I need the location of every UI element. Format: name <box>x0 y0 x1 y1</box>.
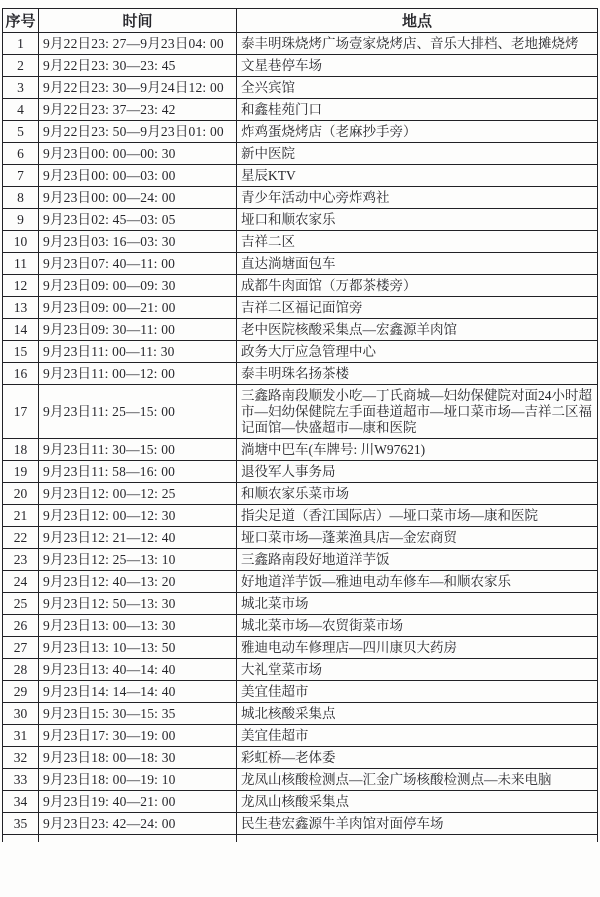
time-cell: 9月23日11: 00—11: 30 <box>39 341 237 363</box>
time-cell: 9月23日00: 00—24: 00 <box>39 187 237 209</box>
place-cell: 好地道洋芋饭—雅迪电动车修车—和顺农家乐 <box>237 571 598 593</box>
place-cell: 吉祥二区福记面馆旁 <box>237 297 598 319</box>
place-cell: 美宜佳超市 <box>237 681 598 703</box>
row-number-cell: 21 <box>3 505 39 527</box>
time-cell: 9月23日12: 25—13: 10 <box>39 549 237 571</box>
place-cell: 指尖足道（香江国际店）—垭口菜市场—康和医院 <box>237 505 598 527</box>
table-header: 序号 时间 地点 <box>3 9 598 33</box>
table-row: 49月22日23: 37—23: 42和鑫桂苑门口 <box>3 99 598 121</box>
time-cell: 9月23日00: 00—00: 30 <box>39 143 237 165</box>
row-number-cell: 18 <box>3 439 39 461</box>
table-row: 259月23日12: 50—13: 30城北菜市场 <box>3 593 598 615</box>
place-cell: 民生巷宏鑫源牛羊肉馆对面停车场 <box>237 813 598 835</box>
time-cell: 9月23日23: 42—24: 00 <box>39 813 237 835</box>
place-cell: 三鑫路南段好地道洋芋饭 <box>237 549 598 571</box>
table-row: 29月22日23: 30—23: 45文星巷停车场 <box>3 55 598 77</box>
table-body: 19月22日23: 27—9月23日04: 00泰丰明珠烧烤广场壹家烧烤店、音乐… <box>3 33 598 843</box>
place-cell: 老中医院核酸采集点—宏鑫源羊肉馆 <box>237 319 598 341</box>
time-cell: 9月23日13: 40—14: 40 <box>39 659 237 681</box>
cutoff-cell <box>237 835 598 843</box>
place-cell: 退役军人事务局 <box>237 461 598 483</box>
row-number-cell: 9 <box>3 209 39 231</box>
time-cell: 9月23日00: 00—03: 00 <box>39 165 237 187</box>
row-number-cell: 34 <box>3 791 39 813</box>
time-cell: 9月23日17: 30—19: 00 <box>39 725 237 747</box>
place-cell: 青少年活动中心旁炸鸡社 <box>237 187 598 209</box>
time-cell: 9月22日23: 37—23: 42 <box>39 99 237 121</box>
place-cell: 垭口菜市场—蓬莱渔具店—金宏商贸 <box>237 527 598 549</box>
place-cell: 彩虹桥—老体委 <box>237 747 598 769</box>
place-cell: 城北核酸采集点 <box>237 703 598 725</box>
time-cell: 9月23日11: 30—15: 00 <box>39 439 237 461</box>
place-cell: 新中医院 <box>237 143 598 165</box>
place-cell: 雅迪电动车修理店—四川康贝大药房 <box>237 637 598 659</box>
table-row: 339月23日18: 00—19: 10龙凤山核酸检测点—汇金广场核酸检测点—未… <box>3 769 598 791</box>
table-row: 179月23日11: 25—15: 00三鑫路南段顺发小吃—丁氏商城—妇幼保健院… <box>3 385 598 439</box>
row-number-cell: 20 <box>3 483 39 505</box>
table-row: 199月23日11: 58—16: 00退役军人事务局 <box>3 461 598 483</box>
row-number-cell: 17 <box>3 385 39 439</box>
table-row: 329月23日18: 00—18: 30彩虹桥—老体委 <box>3 747 598 769</box>
place-cell: 直达淌塘面包车 <box>237 253 598 275</box>
column-header-number: 序号 <box>3 9 39 33</box>
table-row: 119月23日07: 40—11: 00直达淌塘面包车 <box>3 253 598 275</box>
time-cell: 9月23日12: 21—12: 40 <box>39 527 237 549</box>
place-cell: 美宜佳超市 <box>237 725 598 747</box>
place-cell: 龙凤山核酸检测点—汇金广场核酸检测点—未来电脑 <box>237 769 598 791</box>
row-number-cell: 26 <box>3 615 39 637</box>
place-cell: 全兴宾馆 <box>237 77 598 99</box>
place-cell: 和鑫桂苑门口 <box>237 99 598 121</box>
time-cell: 9月23日11: 00—12: 00 <box>39 363 237 385</box>
table-row: 249月23日12: 40—13: 20好地道洋芋饭—雅迪电动车修车—和顺农家乐 <box>3 571 598 593</box>
time-cell: 9月22日23: 30—9月24日12: 00 <box>39 77 237 99</box>
time-cell: 9月23日03: 16—03: 30 <box>39 231 237 253</box>
place-cell: 淌塘中巴车(车牌号: 川W97621) <box>237 439 598 461</box>
table-row: 69月23日00: 00—00: 30新中医院 <box>3 143 598 165</box>
table-row: 159月23日11: 00—11: 30政务大厅应急管理中心 <box>3 341 598 363</box>
place-cell: 炸鸡蛋烧烤店（老麻抄手旁） <box>237 121 598 143</box>
time-cell: 9月23日11: 25—15: 00 <box>39 385 237 439</box>
place-cell: 城北菜市场—农贸街菜市场 <box>237 615 598 637</box>
row-number-cell: 27 <box>3 637 39 659</box>
table-row: 39月22日23: 30—9月24日12: 00全兴宾馆 <box>3 77 598 99</box>
table-row: 99月23日02: 45—03: 05垭口和顺农家乐 <box>3 209 598 231</box>
time-cell: 9月23日12: 00—12: 30 <box>39 505 237 527</box>
time-cell: 9月23日19: 40—21: 00 <box>39 791 237 813</box>
table-row: 359月23日23: 42—24: 00民生巷宏鑫源牛羊肉馆对面停车场 <box>3 813 598 835</box>
table-row: 109月23日03: 16—03: 30吉祥二区 <box>3 231 598 253</box>
row-number-cell: 7 <box>3 165 39 187</box>
table-row: 209月23日12: 00—12: 25和顺农家乐菜市场 <box>3 483 598 505</box>
time-cell: 9月23日02: 45—03: 05 <box>39 209 237 231</box>
time-cell: 9月23日12: 50—13: 30 <box>39 593 237 615</box>
table-row: 279月23日13: 10—13: 50雅迪电动车修理店—四川康贝大药房 <box>3 637 598 659</box>
cutoff-cell <box>3 835 39 843</box>
row-number-cell: 33 <box>3 769 39 791</box>
itinerary-table: 序号 时间 地点 19月22日23: 27—9月23日04: 00泰丰明珠烧烤广… <box>2 8 598 842</box>
cutoff-row-stub <box>3 835 598 843</box>
row-number-cell: 24 <box>3 571 39 593</box>
row-number-cell: 14 <box>3 319 39 341</box>
table-row: 129月23日09: 00—09: 30成都牛肉面馆（万都茶楼旁） <box>3 275 598 297</box>
time-cell: 9月23日09: 30—11: 00 <box>39 319 237 341</box>
table-row: 289月23日13: 40—14: 40大礼堂菜市场 <box>3 659 598 681</box>
cutoff-cell <box>39 835 237 843</box>
time-cell: 9月23日13: 00—13: 30 <box>39 615 237 637</box>
place-cell: 成都牛肉面馆（万都茶楼旁） <box>237 275 598 297</box>
document-page: 序号 时间 地点 19月22日23: 27—9月23日04: 00泰丰明珠烧烤广… <box>0 0 600 842</box>
row-number-cell: 29 <box>3 681 39 703</box>
row-number-cell: 15 <box>3 341 39 363</box>
table-row: 299月23日14: 14—14: 40美宜佳超市 <box>3 681 598 703</box>
time-cell: 9月23日09: 00—09: 30 <box>39 275 237 297</box>
table-row: 229月23日12: 21—12: 40垭口菜市场—蓬莱渔具店—金宏商贸 <box>3 527 598 549</box>
row-number-cell: 16 <box>3 363 39 385</box>
time-cell: 9月22日23: 50—9月23日01: 00 <box>39 121 237 143</box>
row-number-cell: 3 <box>3 77 39 99</box>
table-row: 309月23日15: 30—15: 35城北核酸采集点 <box>3 703 598 725</box>
row-number-cell: 1 <box>3 33 39 55</box>
place-cell: 龙凤山核酸采集点 <box>237 791 598 813</box>
place-cell: 政务大厅应急管理中心 <box>237 341 598 363</box>
row-number-cell: 30 <box>3 703 39 725</box>
row-number-cell: 19 <box>3 461 39 483</box>
time-cell: 9月23日09: 00—21: 00 <box>39 297 237 319</box>
row-number-cell: 28 <box>3 659 39 681</box>
table-row: 89月23日00: 00—24: 00青少年活动中心旁炸鸡社 <box>3 187 598 209</box>
time-cell: 9月23日11: 58—16: 00 <box>39 461 237 483</box>
place-cell: 大礼堂菜市场 <box>237 659 598 681</box>
time-cell: 9月23日07: 40—11: 00 <box>39 253 237 275</box>
time-cell: 9月23日12: 00—12: 25 <box>39 483 237 505</box>
table-row: 59月22日23: 50—9月23日01: 00炸鸡蛋烧烤店（老麻抄手旁） <box>3 121 598 143</box>
table-row: 269月23日13: 00—13: 30城北菜市场—农贸街菜市场 <box>3 615 598 637</box>
time-cell: 9月23日18: 00—19: 10 <box>39 769 237 791</box>
place-cell: 星辰KTV <box>237 165 598 187</box>
place-cell: 城北菜市场 <box>237 593 598 615</box>
row-number-cell: 6 <box>3 143 39 165</box>
row-number-cell: 35 <box>3 813 39 835</box>
place-cell: 和顺农家乐菜市场 <box>237 483 598 505</box>
table-row: 169月23日11: 00—12: 00泰丰明珠名扬茶楼 <box>3 363 598 385</box>
row-number-cell: 31 <box>3 725 39 747</box>
row-number-cell: 11 <box>3 253 39 275</box>
table-row: 139月23日09: 00—21: 00吉祥二区福记面馆旁 <box>3 297 598 319</box>
place-cell: 泰丰明珠烧烤广场壹家烧烤店、音乐大排档、老地摊烧烤 <box>237 33 598 55</box>
place-cell: 垭口和顺农家乐 <box>237 209 598 231</box>
row-number-cell: 10 <box>3 231 39 253</box>
column-header-time: 时间 <box>39 9 237 33</box>
place-cell: 吉祥二区 <box>237 231 598 253</box>
place-cell: 三鑫路南段顺发小吃—丁氏商城—妇幼保健院对面24小时超市—妇幼保健院左手面巷道超… <box>237 385 598 439</box>
table-row: 149月23日09: 30—11: 00老中医院核酸采集点—宏鑫源羊肉馆 <box>3 319 598 341</box>
row-number-cell: 22 <box>3 527 39 549</box>
time-cell: 9月22日23: 30—23: 45 <box>39 55 237 77</box>
row-number-cell: 4 <box>3 99 39 121</box>
table-row: 189月23日11: 30—15: 00淌塘中巴车(车牌号: 川W97621) <box>3 439 598 461</box>
row-number-cell: 13 <box>3 297 39 319</box>
time-cell: 9月23日15: 30—15: 35 <box>39 703 237 725</box>
table-row: 239月23日12: 25—13: 10三鑫路南段好地道洋芋饭 <box>3 549 598 571</box>
row-number-cell: 5 <box>3 121 39 143</box>
row-number-cell: 2 <box>3 55 39 77</box>
row-number-cell: 23 <box>3 549 39 571</box>
place-cell: 泰丰明珠名扬茶楼 <box>237 363 598 385</box>
table-row: 219月23日12: 00—12: 30指尖足道（香江国际店）—垭口菜市场—康和… <box>3 505 598 527</box>
time-cell: 9月23日18: 00—18: 30 <box>39 747 237 769</box>
row-number-cell: 32 <box>3 747 39 769</box>
table-row: 79月23日00: 00—03: 00星辰KTV <box>3 165 598 187</box>
row-number-cell: 25 <box>3 593 39 615</box>
time-cell: 9月23日14: 14—14: 40 <box>39 681 237 703</box>
table-row: 319月23日17: 30—19: 00美宜佳超市 <box>3 725 598 747</box>
row-number-cell: 8 <box>3 187 39 209</box>
place-cell: 文星巷停车场 <box>237 55 598 77</box>
table-row: 349月23日19: 40—21: 00龙凤山核酸采集点 <box>3 791 598 813</box>
row-number-cell: 12 <box>3 275 39 297</box>
table-row: 19月22日23: 27—9月23日04: 00泰丰明珠烧烤广场壹家烧烤店、音乐… <box>3 33 598 55</box>
time-cell: 9月23日12: 40—13: 20 <box>39 571 237 593</box>
column-header-place: 地点 <box>237 9 598 33</box>
time-cell: 9月22日23: 27—9月23日04: 00 <box>39 33 237 55</box>
header-row: 序号 时间 地点 <box>3 9 598 33</box>
time-cell: 9月23日13: 10—13: 50 <box>39 637 237 659</box>
